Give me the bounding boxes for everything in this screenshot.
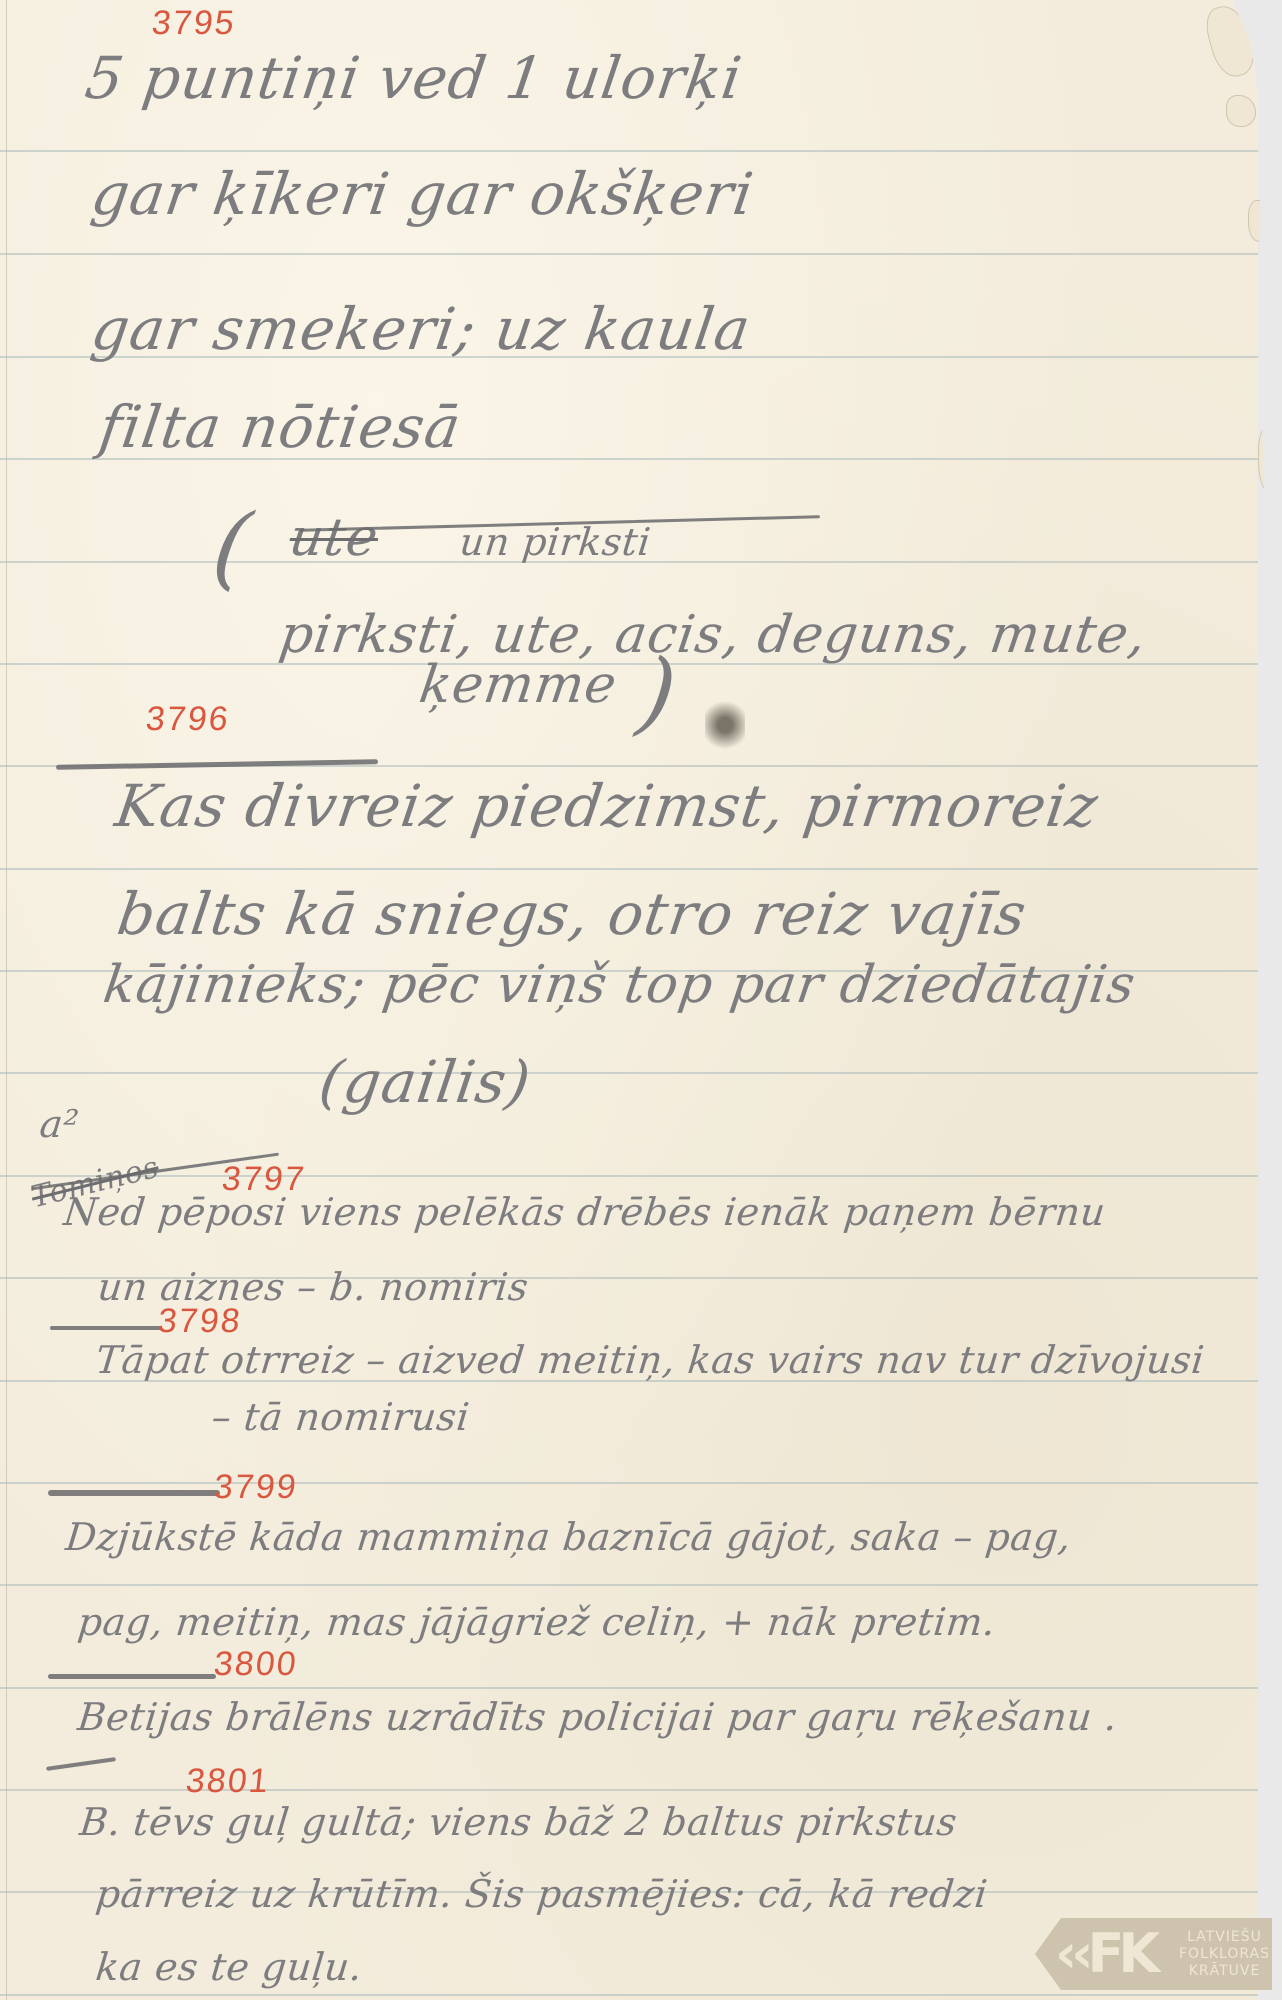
entry-3795-line-4: filta nōtiesā <box>95 393 465 461</box>
entry-3796-line-2: balts kā sniegs, otro reiz vajīs <box>113 880 1031 948</box>
section-divider <box>48 1674 216 1679</box>
entry-3798-line-1: Tāpat otrreiz – aizved meitiņ, kas vairs… <box>94 1338 1207 1382</box>
entry-3801-line-2: pārreiz uz krūtīm. Šis pasmējies: cā, kā… <box>94 1872 990 1916</box>
logo-line-2: FOLKLORAS <box>1179 1946 1270 1963</box>
entry-3795-line-2: gar ķīkeri gar okšķeri <box>87 160 758 228</box>
lfk-archive-logo: ‹‹FK LATVIEŠU FOLKLORAS KRĀTUVE <box>1035 1918 1272 1990</box>
section-divider <box>56 759 378 770</box>
pencil-smudge <box>705 690 745 760</box>
torn-edge-fragment <box>1226 95 1256 127</box>
ruled-line <box>0 1994 1258 1996</box>
ruled-line <box>0 868 1258 870</box>
entry-3797-line-1: Ned pēposi viens pelēkās drēbēs ienāk pa… <box>62 1190 1108 1234</box>
catalog-number-3795: 3795 <box>150 4 238 43</box>
torn-edge-fragment <box>1248 200 1272 242</box>
catalog-number-3796: 3796 <box>144 700 232 739</box>
open-paren: ( <box>207 495 258 600</box>
section-divider <box>50 1326 162 1330</box>
entry-3801-line-3: ka es te guļu. <box>94 1945 365 1989</box>
entry-3799-line-1: Dzjūkstē kāda mammiņa baznīcā gājot, sak… <box>64 1515 1074 1559</box>
ruled-line <box>0 253 1258 255</box>
entry-3796-line-3: kājinieks; pēc viņš top par dziedātajis <box>100 955 1140 1015</box>
ruled-line <box>0 150 1258 152</box>
torn-edge-fragment <box>1258 428 1278 490</box>
logo-line-3: KRĀTUVE <box>1179 1963 1270 1980</box>
manuscript-page: 3795 5 puntiņi ved 1 ulorķi gar ķīkeri g… <box>0 0 1258 2000</box>
lfk-logo-mark-icon: ‹‹FK <box>1055 1924 1175 1984</box>
entry-3798-line-2: – tā nomirusi <box>210 1395 472 1439</box>
torn-edge-fragment <box>1201 1 1260 81</box>
catalog-number-3798: 3798 <box>156 1302 244 1341</box>
ruled-line <box>0 1687 1258 1689</box>
catalog-number-3801: 3801 <box>184 1762 272 1801</box>
entry-3795-line-3: gar smekeri; uz kaula <box>87 295 755 363</box>
catalog-number-3800: 3800 <box>212 1645 300 1684</box>
ruled-line <box>0 1072 1258 1074</box>
entry-3796-answer: (gailis) <box>315 1048 535 1116</box>
logo-line-1: LATVIEŠU <box>1179 1929 1270 1946</box>
answer-list-line-2: ķemme <box>416 655 621 715</box>
section-divider <box>48 1490 220 1496</box>
ruled-line <box>0 1175 1258 1177</box>
entry-3801-line-1: B. tēvs guļ gultā; viens bāž 2 baltus pi… <box>78 1800 960 1844</box>
entry-3800-line-1: Betijas brālēns uzrādīts policijai par g… <box>76 1695 1120 1739</box>
logo-text: LATVIEŠU FOLKLORAS KRĀTUVE <box>1179 1929 1270 1980</box>
catalog-number-3799: 3799 <box>212 1468 300 1507</box>
entry-3799-line-2: pag, meitiņ, mas jājāgriež celiņ, + nāk … <box>76 1600 998 1644</box>
margin-note: a² <box>38 1102 82 1146</box>
section-divider <box>46 1757 116 1771</box>
entry-3795-line-1: 5 puntiņi ved 1 ulorķi <box>81 44 746 112</box>
ruled-line <box>0 1482 1258 1484</box>
struck-answer: ute <box>286 508 383 568</box>
entry-3796-line-1: Kas divreiz piedzimst, pirmoreiz <box>111 772 1102 840</box>
ruled-line <box>0 1584 1258 1586</box>
answer-list-line: pirksti, ute, acis, deguns, mute, <box>276 605 1151 665</box>
page-fold-line <box>6 0 7 2000</box>
